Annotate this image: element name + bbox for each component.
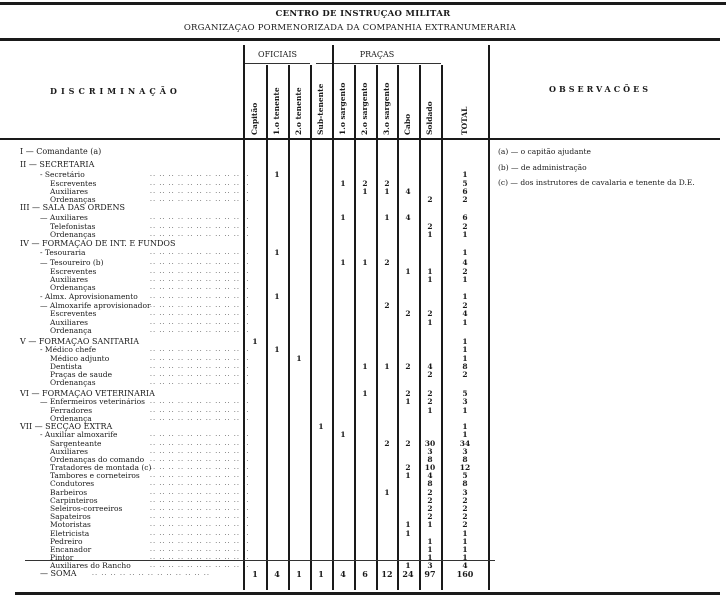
column-header: 3.o sargento — [382, 83, 391, 135]
row-label: — Enfermeiros veterinários — [40, 397, 145, 406]
soma-value: 4 — [333, 569, 353, 579]
row-label: - Auxiliar almoxarife — [40, 430, 117, 439]
column-divider — [441, 65, 443, 590]
top-rule — [0, 2, 726, 5]
soma-value: 1 — [311, 569, 331, 579]
column-header: Capitão — [250, 103, 259, 135]
cell-value: 1 — [267, 292, 287, 301]
leader-dots: .. .. .. .. .. .. .. .. .. .. .. — [150, 414, 249, 423]
leader-dots: .. .. .. .. .. .. .. .. .. .. .. — [150, 309, 249, 318]
soma-value: 12 — [377, 569, 397, 579]
observation-a: (a) — o capitão ajudante — [498, 147, 591, 156]
cell-value: 2 — [398, 362, 418, 371]
cell-value: 1 — [289, 354, 309, 363]
soma-value: 160 — [455, 569, 475, 579]
cell-value: 1 — [455, 292, 475, 301]
cell-value: 1 — [377, 213, 397, 222]
cell-value: 2 — [377, 439, 397, 448]
leader-dots: .. .. .. .. .. .. .. .. .. .. .. — [150, 397, 249, 406]
leader-dots: .. .. .. .. .. .. .. .. .. .. .. — [150, 378, 249, 387]
cell-value: 4 — [398, 187, 418, 196]
column-divider — [488, 45, 490, 590]
row-label: IV — FORMAÇAO DE INT. E FUNDOS — [20, 239, 175, 248]
cell-value: 1 — [267, 345, 287, 354]
cell-value: 1 — [398, 397, 418, 406]
leader-dots: .. .. .. .. .. .. .. .. .. .. .. — [150, 345, 249, 354]
cell-value: 1 — [455, 248, 475, 257]
column-divider — [310, 65, 312, 590]
leader-dots: .. .. .. .. .. .. .. .. .. .. .. — [150, 230, 249, 239]
leader-dots: .. .. .. .. .. .. .. .. .. .. .. — [150, 248, 249, 257]
cell-value: 1 — [398, 267, 418, 276]
cell-value: 2 — [420, 195, 440, 204]
cell-value: 1 — [455, 275, 475, 284]
cell-value: 1 — [333, 430, 353, 439]
row-label: Motoristas — [50, 520, 91, 529]
cell-value: 1 — [355, 187, 375, 196]
leader-dots: .. .. .. .. .. .. .. .. .. .. .. — [150, 258, 249, 267]
cell-value: 1 — [355, 362, 375, 371]
cell-value: 3 — [455, 397, 475, 406]
cell-value: 1 — [420, 520, 440, 529]
cell-value: 1 — [455, 230, 475, 239]
column-divider — [354, 65, 356, 590]
row-label: Condutores — [50, 479, 94, 488]
soma-top-rule — [25, 560, 495, 561]
column-divider — [332, 45, 334, 590]
cell-value: 6 — [455, 213, 475, 222]
oficiais-underline — [245, 63, 310, 64]
cell-value: 1 — [355, 258, 375, 267]
cell-value: 1 — [377, 488, 397, 497]
leader-dots: .. .. .. .. .. .. .. .. .. .. .. — [150, 195, 249, 204]
row-label: Ordenança — [50, 326, 92, 335]
column-divider — [288, 65, 290, 590]
cell-value: 4 — [398, 213, 418, 222]
cell-value: 1 — [398, 520, 418, 529]
cell-value: 1 — [377, 187, 397, 196]
cell-value: 2 — [420, 370, 440, 379]
title-rule — [0, 38, 720, 41]
column-divider — [376, 65, 378, 590]
row-label: I — Comandante (a) — [20, 147, 101, 156]
leader-dots: .. .. .. .. .. .. .. .. .. .. .. — [150, 520, 249, 529]
cell-value: 4 — [455, 309, 475, 318]
soma-value: 6 — [355, 569, 375, 579]
row-label: Escreventes — [50, 309, 96, 318]
observation-b: (b) — de administração — [498, 163, 587, 172]
leader-dots: .. .. .. .. .. .. .. .. .. .. .. — [150, 213, 249, 222]
cell-value: 2 — [398, 439, 418, 448]
leader-dots: .. .. .. .. .. .. .. .. .. .. .. — [150, 430, 249, 439]
leader-dots: .. .. .. .. .. .. .. .. .. .. .. — [150, 326, 249, 335]
cell-value: 1 — [420, 230, 440, 239]
soma-value: 1 — [289, 569, 309, 579]
column-header: 1.o sargento — [338, 83, 347, 135]
cell-value: 1 — [377, 362, 397, 371]
cell-value: 8 — [420, 479, 440, 488]
cell-value: 4 — [455, 258, 475, 267]
cell-value: 1 — [333, 179, 353, 188]
row-label: Ordenanças — [50, 283, 96, 292]
cell-value: 1 — [333, 258, 353, 267]
cell-value: 1 — [420, 275, 440, 284]
row-label: - Médico chefe — [40, 345, 96, 354]
cell-value: 1 — [455, 406, 475, 415]
leader-dots: .. .. .. .. .. .. .. .. .. .. .. — [150, 283, 249, 292]
cell-value: 1 — [455, 430, 475, 439]
column-header: Cabo — [403, 114, 412, 135]
header-discriminacao: DISCRIMINAÇÃO — [50, 86, 181, 96]
cell-value: 2 — [420, 397, 440, 406]
observation-c: (c) — dos instrutores de cavalaria e ten… — [498, 178, 695, 187]
cell-value: 2 — [455, 370, 475, 379]
document-subtitle: ORGANIZAÇAO PORMENORIZADA DA COMPANHIA E… — [150, 23, 550, 33]
cell-value: 1 — [311, 422, 331, 431]
row-label: II — SECRETARIA — [20, 160, 94, 169]
cell-value: 1 — [355, 389, 375, 398]
cell-value: 1 — [267, 248, 287, 257]
header-rule — [0, 138, 720, 140]
row-label: - Secretário — [40, 170, 85, 179]
cell-value: 2 — [455, 195, 475, 204]
cell-value: 1 — [420, 318, 440, 327]
soma-label: — SOMA — [40, 569, 77, 578]
cell-value: 8 — [455, 479, 475, 488]
soma-value: 1 — [245, 569, 265, 579]
column-header: Soldado — [425, 101, 434, 135]
column-divider — [266, 65, 268, 590]
cell-value: 1 — [333, 213, 353, 222]
row-label: - Tesouraria — [40, 248, 85, 257]
column-divider — [397, 65, 399, 590]
row-label: III — SALA DAS ORDENS — [20, 203, 125, 212]
leader-dots: .. .. .. .. .. .. .. .. .. .. .. — [150, 170, 249, 179]
column-header: 1.o tenente — [272, 87, 281, 135]
leader-dots: .. .. .. .. .. .. .. .. .. .. .. — [150, 292, 249, 301]
cell-value: 1 — [455, 345, 475, 354]
pracas-underline — [316, 63, 441, 64]
column-header: 2.o sargento — [360, 83, 369, 135]
row-label: - Almx. Aprovisionamento — [40, 292, 138, 301]
column-header: TOTAL — [460, 107, 469, 135]
cell-value: 2 — [455, 520, 475, 529]
soma-value: 97 — [420, 569, 440, 579]
cell-value: 2 — [420, 309, 440, 318]
soma-leader-dots: .. .. .. .. .. .. .. .. .. .. .. .. .. — [92, 569, 210, 578]
soma-value: 24 — [398, 569, 418, 579]
header-observacoes: OBSERVACÕES — [549, 84, 651, 94]
row-label: Ordenanças — [50, 378, 96, 387]
leader-dots: .. .. .. .. .. .. .. .. .. .. .. — [150, 479, 249, 488]
row-label: — Auxiliares — [40, 213, 88, 222]
column-header: Sub-tenente — [316, 84, 325, 135]
cell-value: 1 — [455, 318, 475, 327]
bottom-rule — [15, 592, 720, 595]
column-header: 2.o tenente — [294, 87, 303, 135]
cell-value: 1 — [455, 170, 475, 179]
cell-value: 1 — [420, 406, 440, 415]
cell-value: 1 — [398, 529, 418, 538]
cell-value: 2 — [377, 258, 397, 267]
header-group-oficiais: OFICIAIS — [245, 50, 310, 59]
row-label: — Tesoureiro (b) — [40, 258, 104, 267]
cell-value: 2 — [398, 309, 418, 318]
soma-value: 4 — [267, 569, 287, 579]
row-label: Ordenanças — [50, 230, 96, 239]
document-title: CENTRO DE INSTRUÇAO MILITAR — [0, 9, 726, 19]
cell-value: 1 — [398, 471, 418, 480]
cell-value: 2 — [377, 301, 397, 310]
cell-value: 1 — [267, 170, 287, 179]
